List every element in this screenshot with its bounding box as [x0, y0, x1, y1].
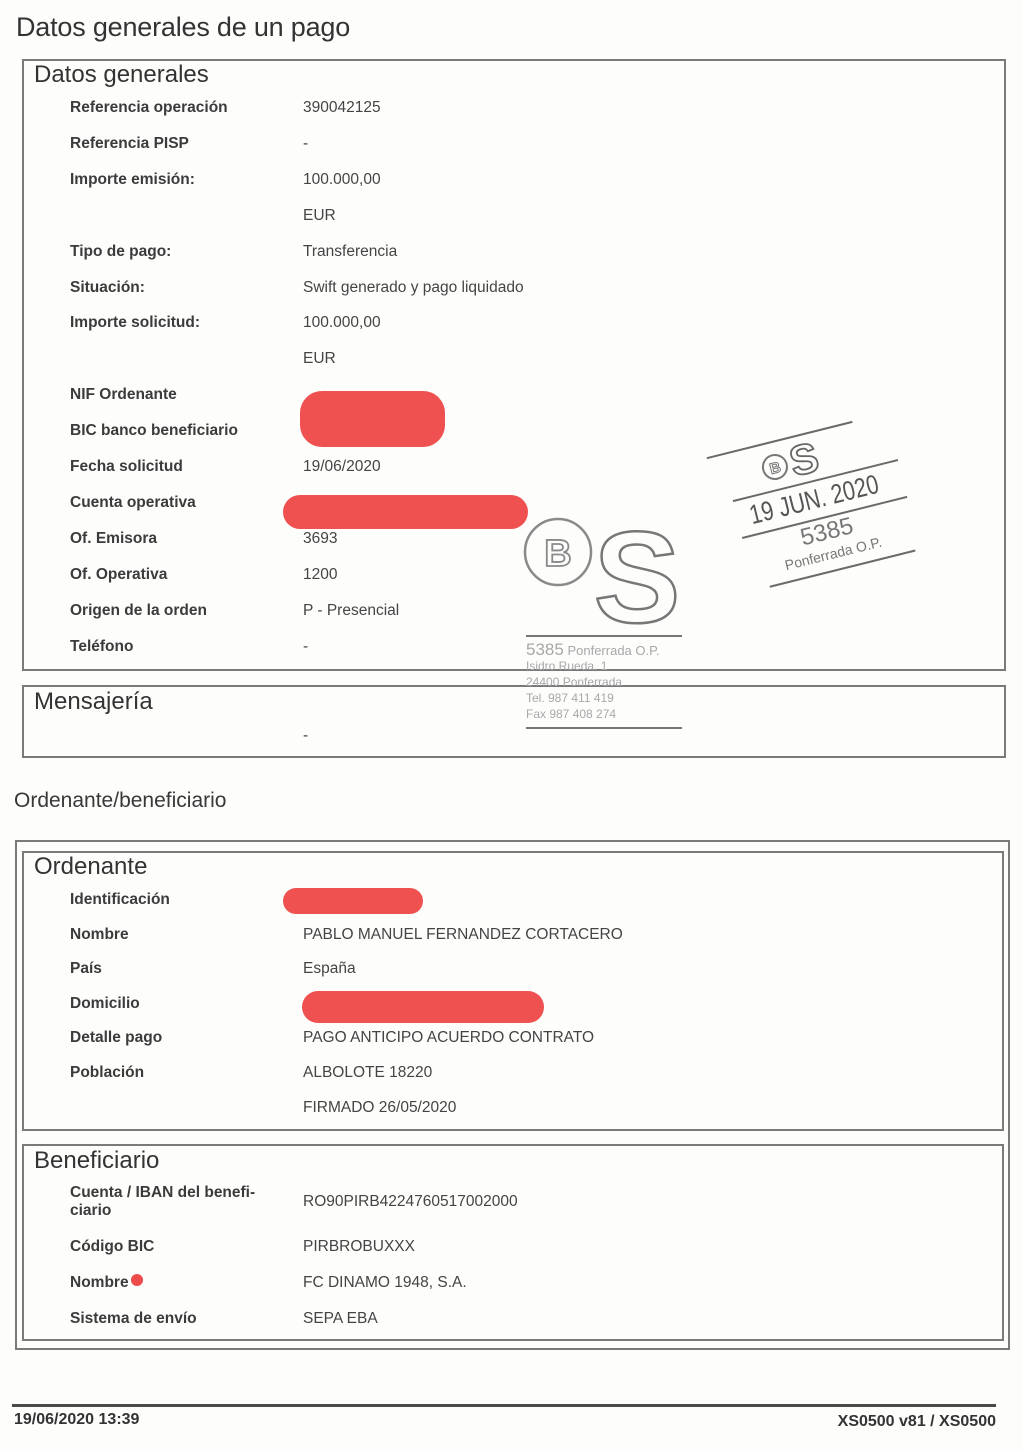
field-value: -: [303, 638, 308, 656]
redaction-domicilio: [302, 991, 544, 1023]
field-row: EUR: [24, 207, 1004, 229]
field-label: Tipo de pago:: [70, 243, 171, 261]
field-label: Origen de la orden: [70, 602, 207, 620]
field-label: BIC banco beneficiario: [70, 422, 238, 440]
red-dot-marker: [131, 1274, 143, 1286]
field-row: Referencia PISP-: [24, 135, 1004, 157]
field-value: P - Presencial: [303, 602, 399, 620]
field-label: Referencia PISP: [70, 135, 189, 153]
field-value: 100.000,00: [303, 171, 381, 189]
field-row: Tipo de pago:Transferencia: [24, 243, 1004, 265]
bank-stamp-office: 5385: [526, 640, 564, 659]
redaction-nif-bic: [300, 391, 445, 447]
field-label: Identificación: [70, 891, 170, 909]
field-value: España: [303, 960, 356, 978]
field-value: 1200: [303, 566, 337, 584]
svg-text:B: B: [544, 533, 571, 575]
field-row: Importe emisión:100.000,00: [24, 171, 1004, 193]
field-label: Cuenta / IBAN del benefi-: [70, 1184, 255, 1202]
field-row: Identificación: [24, 891, 1002, 913]
ordenante-beneficiario-heading: Ordenante/beneficiario: [14, 789, 226, 813]
field-value: -: [303, 135, 308, 153]
footer-code: XS0500 v81 / XS0500: [838, 1413, 996, 1431]
mensajeria-panel: Mensajería -: [22, 685, 1006, 758]
field-row: PoblaciónALBOLOTE 18220: [24, 1064, 1002, 1086]
field-row: Referencia operación390042125: [24, 99, 1004, 121]
field-value: 100.000,00: [303, 314, 381, 332]
field-value: Transferencia: [303, 243, 397, 261]
field-label: Nombre: [70, 926, 129, 944]
field-row: Sistema de envíoSEPA EBA: [24, 1310, 1002, 1332]
redaction-cuenta-operativa: [283, 495, 528, 529]
bank-stamp-fax: Fax 987 408 274: [526, 707, 616, 721]
mensajeria-value: -: [303, 727, 308, 745]
field-label: Nombre: [70, 1274, 143, 1292]
bank-logo-icon: B S: [522, 510, 697, 640]
field-label-continued: ciario: [70, 1202, 111, 1220]
field-row: Detalle pagoPAGO ANTICIPO ACUERDO CONTRA…: [24, 1029, 1002, 1051]
field-value: SEPA EBA: [303, 1310, 378, 1328]
bank-stamp: B S 5385 Ponferrada O.P. Isidro Rueda, 1…: [522, 510, 697, 735]
field-value: PABLO MANUEL FERNANDEZ CORTACERO: [303, 926, 623, 944]
redaction-identificacion: [283, 888, 423, 914]
field-row: NombrePABLO MANUEL FERNANDEZ CORTACERO: [24, 926, 1002, 948]
field-value: ALBOLOTE 18220: [303, 1064, 432, 1082]
field-label: Referencia operación: [70, 99, 228, 117]
bank-stamp-city: 24400 Ponferrada: [526, 675, 622, 689]
footer-timestamp: 19/06/2020 13:39: [14, 1411, 139, 1429]
svg-text:S: S: [785, 435, 824, 486]
beneficiario-title: Beneficiario: [34, 1147, 159, 1175]
field-value: RO90PIRB4224760517002000: [303, 1193, 518, 1211]
field-label: Sistema de envío: [70, 1310, 197, 1328]
svg-text:S: S: [594, 510, 681, 640]
svg-text:B: B: [768, 459, 783, 478]
field-label: Of. Operativa: [70, 566, 167, 584]
field-label: País: [70, 960, 102, 978]
field-value: 3693: [303, 530, 337, 548]
field-row: Situación:Swift generado y pago liquidad…: [24, 279, 1004, 301]
field-value: 19/06/2020: [303, 458, 381, 476]
field-row: EUR: [24, 350, 1004, 372]
field-label: Población: [70, 1064, 144, 1082]
datos-generales-title: Datos generales: [34, 61, 209, 89]
field-row: FIRMADO 26/05/2020: [24, 1099, 1002, 1121]
field-label: Código BIC: [70, 1238, 154, 1256]
bank-stamp-address: Isidro Rueda, 1: [526, 659, 607, 673]
field-row: Cuenta / IBAN del benefi-ciarioRO90PIRB4…: [24, 1184, 1002, 1206]
page-title: Datos generales de un pago: [16, 12, 350, 43]
field-row: Origen de la ordenP - Presencial: [24, 602, 1004, 624]
field-label: Importe emisión:: [70, 171, 195, 189]
field-value: Swift generado y pago liquidado: [303, 279, 524, 297]
field-label: Teléfono: [70, 638, 133, 656]
field-label: NIF Ordenante: [70, 386, 177, 404]
field-row: NombreFC DINAMO 1948, S.A.: [24, 1274, 1002, 1296]
footer-divider: [12, 1404, 996, 1407]
field-row: Teléfono-: [24, 638, 1004, 660]
field-value: FIRMADO 26/05/2020: [303, 1099, 456, 1117]
beneficiario-panel: Beneficiario Cuenta / IBAN del benefi-ci…: [22, 1144, 1004, 1341]
field-value: 390042125: [303, 99, 381, 117]
field-value: EUR: [303, 207, 336, 225]
field-label: Situación:: [70, 279, 145, 297]
field-value: FC DINAMO 1948, S.A.: [303, 1274, 467, 1292]
bank-stamp-tel: Tel. 987 411 419: [526, 691, 614, 705]
field-row: PaísEspaña: [24, 960, 1002, 982]
field-row: Código BICPIRBROBUXXX: [24, 1238, 1002, 1260]
field-value: PAGO ANTICIPO ACUERDO CONTRATO: [303, 1029, 594, 1047]
field-label: Fecha solicitud: [70, 458, 183, 476]
field-row: Importe solicitud:100.000,00: [24, 314, 1004, 336]
field-label: Cuenta operativa: [70, 494, 196, 512]
field-label: Importe solicitud:: [70, 314, 200, 332]
field-label: Detalle pago: [70, 1029, 162, 1047]
field-label: Domicilio: [70, 995, 140, 1013]
bank-stamp-office-name: Ponferrada O.P.: [567, 643, 659, 658]
field-value: PIRBROBUXXX: [303, 1238, 415, 1256]
ordenante-title: Ordenante: [34, 853, 147, 881]
field-label: Of. Emisora: [70, 530, 157, 548]
field-value: EUR: [303, 350, 336, 368]
mensajeria-title: Mensajería: [34, 688, 153, 716]
